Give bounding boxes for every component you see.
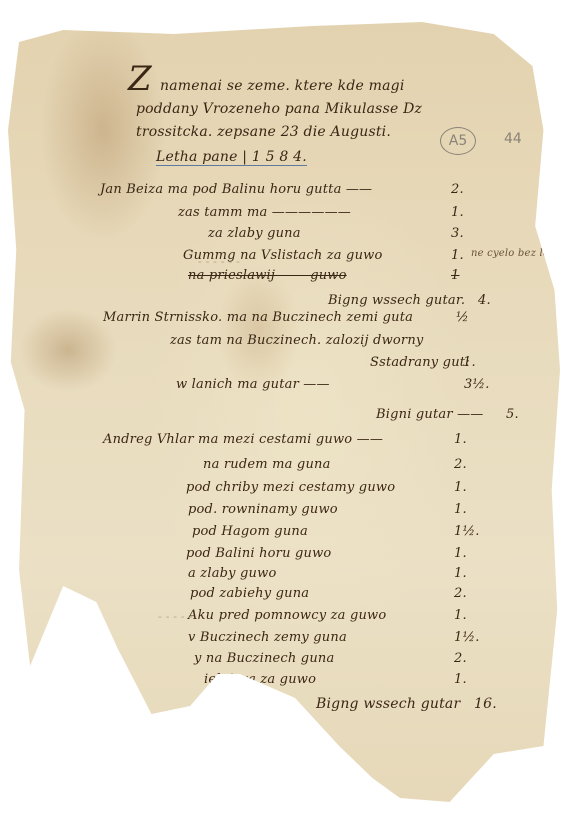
entry-total-amount: 5. — [506, 407, 519, 422]
entry-line: pod Hagom guna — [192, 524, 308, 539]
entry-line: Gummg na Vslistach za guwo — [183, 248, 383, 263]
entry-line-struck: na prieslawij —— guwo — [188, 268, 347, 283]
entry-line: a zlaby guwo — [188, 566, 277, 581]
entry-total-amount: 4. — [478, 293, 491, 308]
entry-total: Bigni gutar —— — [376, 407, 484, 422]
entry-amount: 1. — [454, 672, 467, 687]
entry-line: na rudem ma guna — [203, 457, 331, 472]
entry-line: Aku pred pomnowcy za guwo — [188, 608, 386, 623]
manuscript-page: - - - - - - - - - - - Z namenai se zeme.… — [8, 10, 560, 810]
entry-amount: 3½. — [464, 377, 490, 392]
entry-line: zas tamm ma —————— — [178, 205, 351, 220]
entry-line: Sstadrany gut: — [370, 355, 470, 370]
entry-line: pod chriby mezi cestamy guwo — [186, 480, 395, 495]
entry-line: pod. rowninamy guwo — [188, 502, 338, 517]
entry-line: pod zabiehy guna — [190, 586, 309, 601]
entry-amount: 2. — [451, 182, 464, 197]
archive-mark-number: 44 — [504, 131, 522, 147]
entry-line: zas tam na Buczinech. zalozij dworny — [170, 333, 423, 348]
grand-total: Bigng wssech gutar — [316, 696, 460, 712]
entry-amount: 1. — [454, 608, 467, 623]
entry-amount: 2. — [454, 457, 467, 472]
heading-line-4: Letha pane | 1 5 8 4. — [156, 149, 307, 165]
entry-amount: 1. — [451, 205, 464, 220]
drop-cap: Z — [128, 62, 152, 96]
archive-mark-circled: A5 — [440, 127, 476, 155]
entry-amount: 1. — [454, 432, 467, 447]
entry-amount: 1. — [454, 480, 467, 495]
entry-amount: 1½. — [454, 524, 480, 539]
entry-amount: ½ — [456, 310, 469, 325]
entry-amount: 3. — [451, 226, 464, 241]
margin-note: ne cyelo bez lesa — [471, 248, 560, 259]
entry-amount: 2. — [454, 651, 467, 666]
entry-amount: 1. — [463, 355, 476, 370]
entry-total: Bigng wssech gutar. — [328, 293, 465, 308]
grand-total-amount: 16. — [474, 696, 497, 712]
entry-amount: 1. — [454, 502, 467, 517]
entry-line: v Buczinech zemy guna — [188, 630, 347, 645]
entry-amount: 1½. — [454, 630, 480, 645]
heading-line-2: poddany Vrozeneho pana Mikulasse Dz — [136, 101, 422, 117]
entry-line: pod Balini horu guwo — [186, 546, 331, 561]
entry-line: Marrin Strnissko. ma na Buczinech zemi g… — [103, 310, 413, 325]
entry-line: Andreg Vhlar ma mezi cestami guwo —— — [103, 432, 383, 447]
entry-line: y na Buczinech guna — [194, 651, 334, 666]
entry-line: za zlaby guna — [208, 226, 301, 241]
entry-amount: 1. — [451, 248, 464, 263]
entry-amount: 1. — [454, 566, 467, 581]
entry-amount-struck: 1 — [451, 268, 459, 283]
entry-amount: 1. — [454, 546, 467, 561]
entry-line: Jan Beiza ma pod Balinu horu gutta —— — [100, 182, 372, 197]
entry-amount: 2. — [454, 586, 467, 601]
heading-line-3: trossitcka. zepsane 23 die Augusti. — [136, 124, 391, 140]
entry-line: ielnicza za guwo — [204, 672, 316, 687]
entry-line: w lanich ma gutar —— — [176, 377, 330, 392]
heading-line-1: namenai se zeme. ktere kde magi — [160, 78, 405, 94]
